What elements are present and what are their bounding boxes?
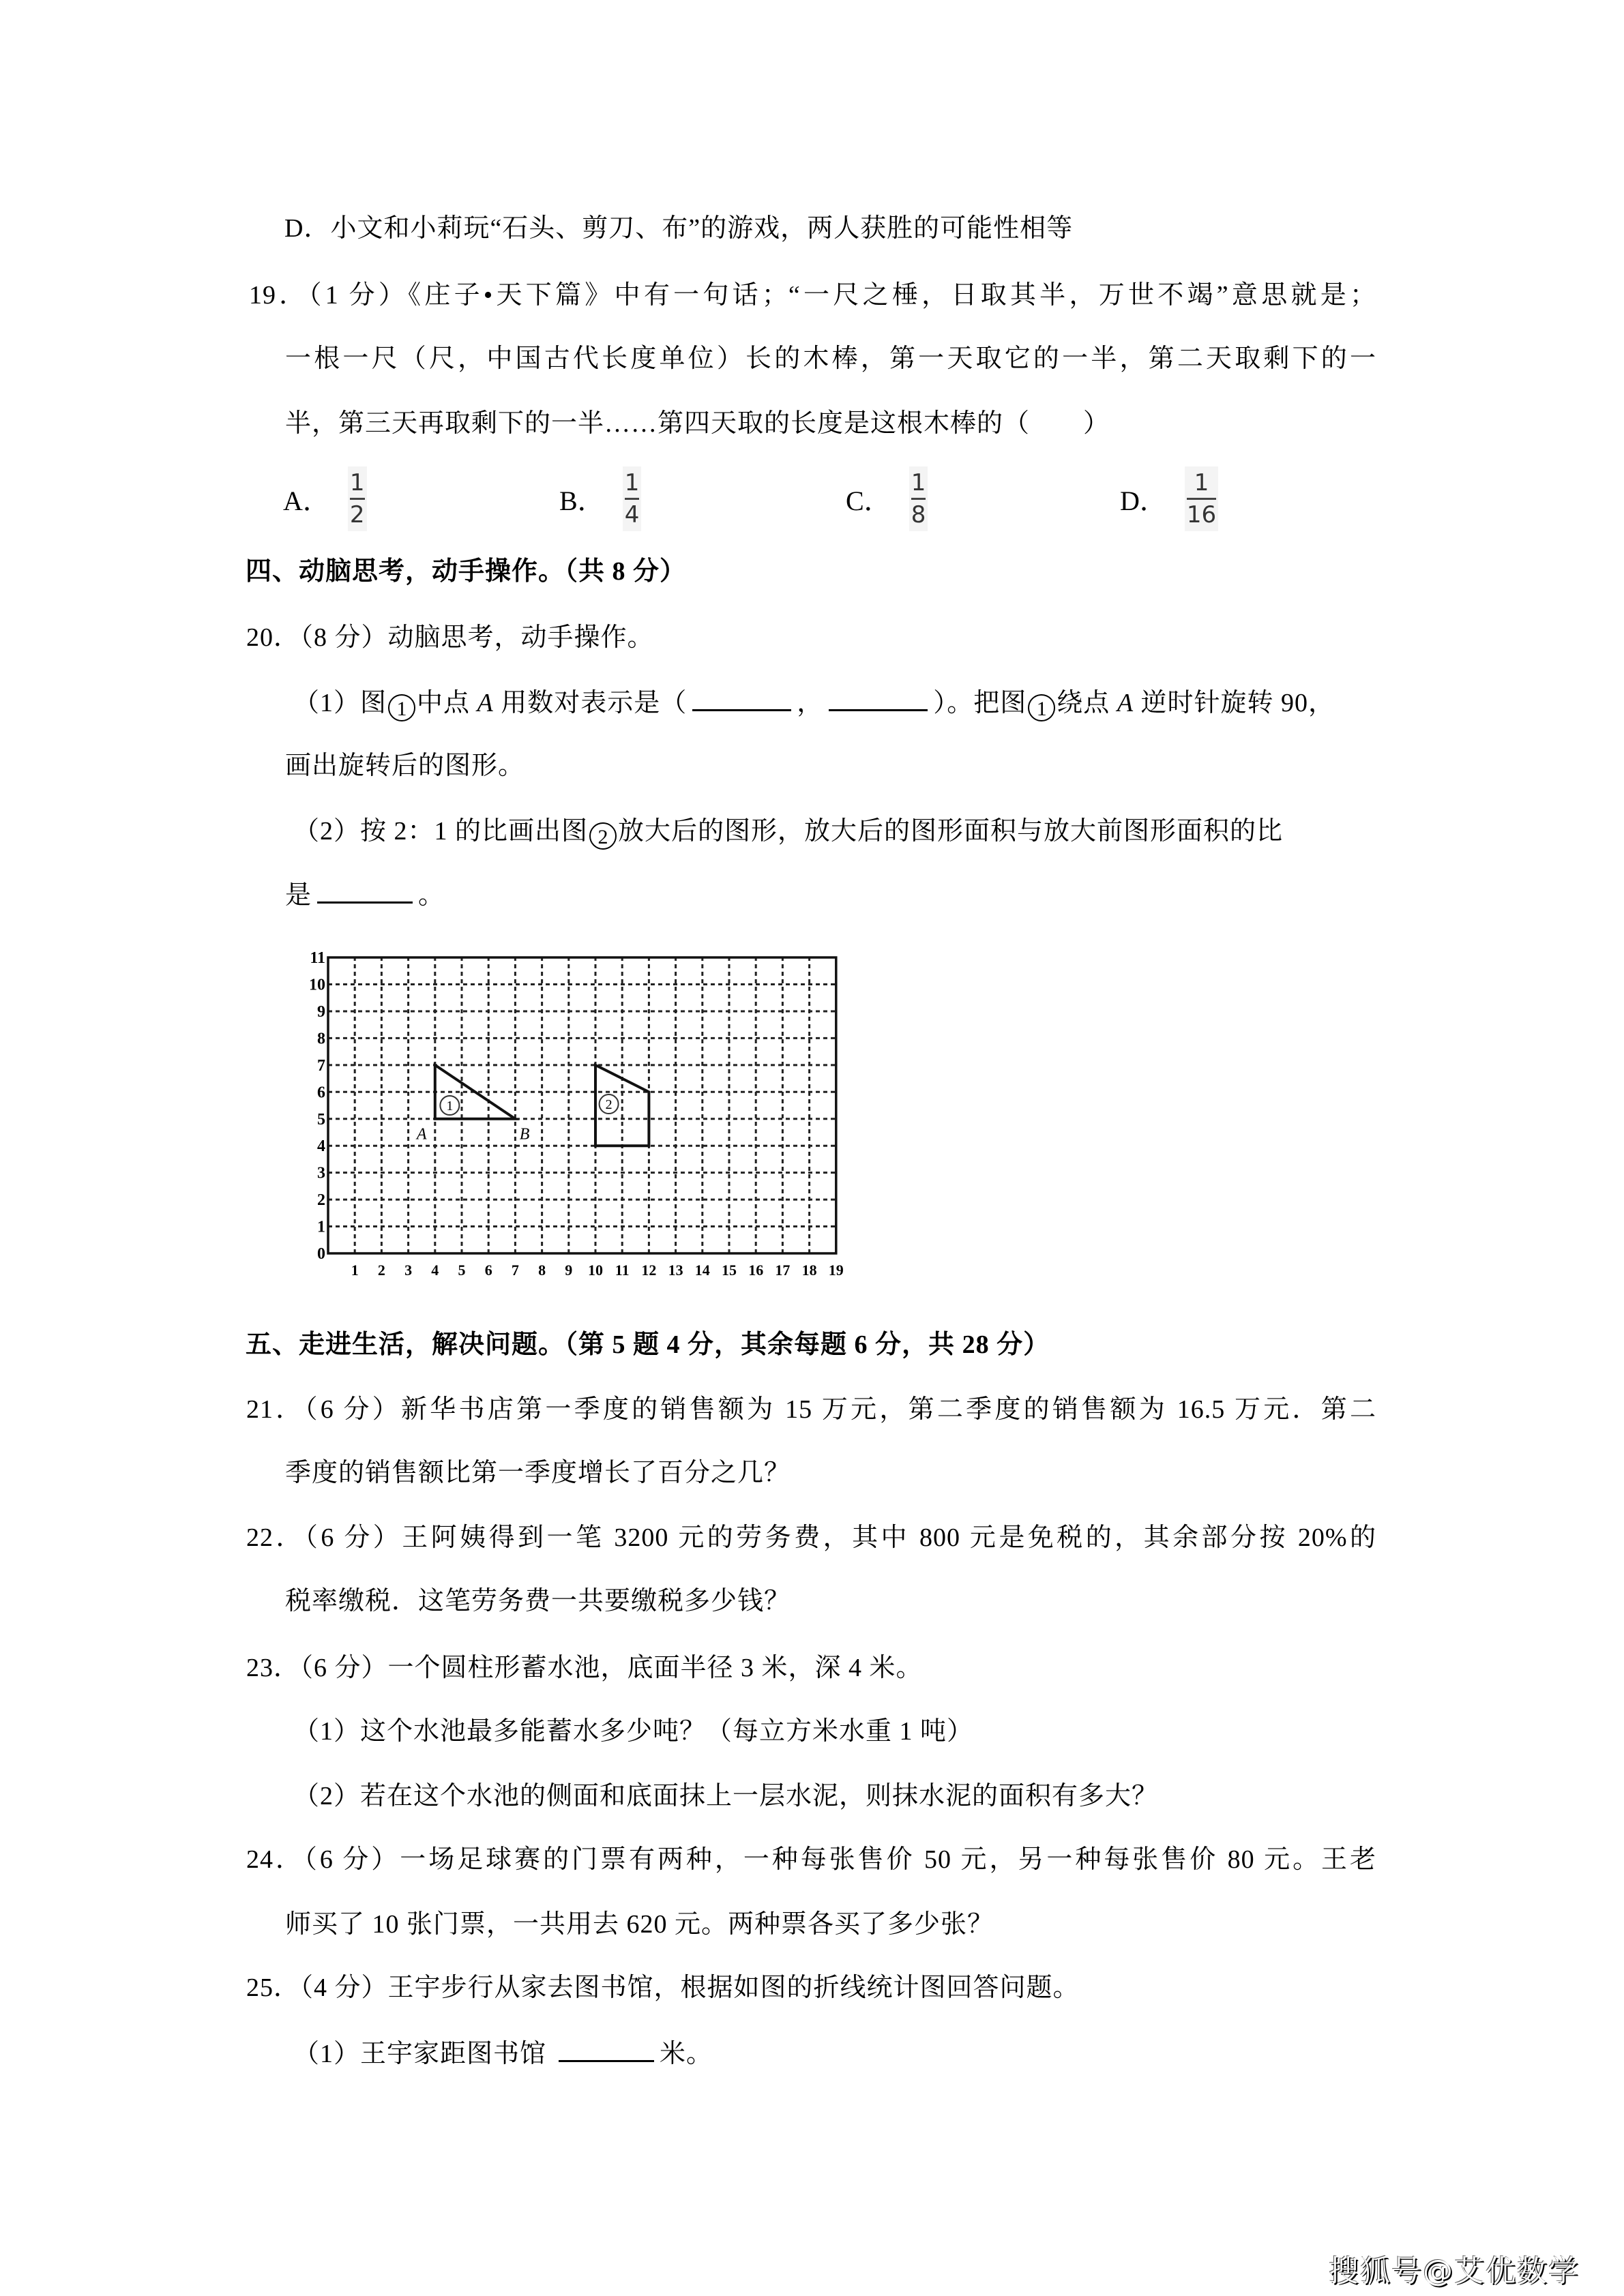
text: 用数对表示是（ xyxy=(494,689,688,717)
q25-part-1: （1）王宇家距图书馆米。 xyxy=(293,2037,713,2070)
shape-2-label: 2 xyxy=(606,1097,612,1112)
answer-blank-y[interactable] xyxy=(829,686,928,711)
q18-option-d: D．小文和小莉玩“石头、剪刀、布”的游戏，两人获胜的可能性相等 xyxy=(284,212,1073,245)
heading-text: 分） xyxy=(990,1330,1050,1359)
text: 是 xyxy=(285,881,312,910)
q20-part-2-line-2: 是。 xyxy=(285,878,445,911)
y-axis-label: 1 xyxy=(317,1219,325,1236)
q19-option-b[interactable]: B． 1 4 xyxy=(559,466,641,531)
numerator: 1 xyxy=(911,468,926,498)
x-axis-label: 16 xyxy=(748,1262,763,1279)
heading-text: 五、走进生活，解决问题。（第 xyxy=(246,1330,612,1359)
q19-option-c[interactable]: C． 1 8 xyxy=(846,466,928,531)
q20-part-2: （2）按 2：1 的比画出图2放大后的图形，放大后的图形面积与放大前图形面积的比 xyxy=(293,815,1283,848)
answer-blank-x[interactable] xyxy=(692,686,791,711)
y-axis-label: 9 xyxy=(317,1003,325,1021)
denominator: 8 xyxy=(911,500,926,530)
y-axis-label: 11 xyxy=(310,949,325,967)
option-label: A． xyxy=(283,479,330,518)
numerator: 1 xyxy=(625,468,640,498)
x-axis-label: 1 xyxy=(351,1262,359,1279)
q19-option-a[interactable]: A． 1 2 xyxy=(283,466,367,531)
heading-text: 分，共 xyxy=(868,1330,962,1359)
q24-line-1: 24．（6 分）一场足球赛的门票有两种，一种每张售价 50 元，另一种每张售价 … xyxy=(246,1843,1376,1876)
heading-number: 28 xyxy=(962,1330,990,1359)
y-axis-label: 7 xyxy=(317,1057,325,1075)
text: 绕点 xyxy=(1057,689,1117,717)
text: （1）王宇家距图书馆 xyxy=(293,2040,546,2068)
q22-line-1: 22．（6 分）王阿姨得到一笔 3200 元的劳务费，其中 800 元是免税的，… xyxy=(246,1521,1376,1554)
text: 米。 xyxy=(660,2040,713,2068)
answer-blank-ratio[interactable] xyxy=(317,878,413,904)
q24-line-2: 师买了 10 张门票，一共用去 620 元。两种票各买了多少张？ xyxy=(285,1908,994,1941)
grid-border xyxy=(328,957,836,1253)
q23-line-1: 23．（6 分）一个圆柱形蓄水池，底面半径 3 米，深 4 米。 xyxy=(246,1652,923,1684)
q23-part-2: （2）若在这个水池的侧面和底面抹上一层水泥，则抹水泥的面积有多大？ xyxy=(293,1780,1158,1813)
q19-line-2: 一根一尺（尺，中国古代长度单位）长的木棒，第一天取它的一半，第二天取剩下的一 xyxy=(285,342,1376,375)
q19-line-1: 19．（1 分）《庄子•天下篇》中有一句话；“一尺之棰，日取其半，万世不竭”意思… xyxy=(249,279,1376,312)
fraction: 1 8 xyxy=(909,466,928,531)
y-axis-label: 0 xyxy=(317,1245,325,1263)
x-axis-label: 12 xyxy=(641,1262,656,1279)
x-axis-label: 11 xyxy=(615,1262,630,1279)
point-a-label: A xyxy=(415,1125,427,1143)
heading-number: 4 xyxy=(667,1330,681,1359)
numerator: 1 xyxy=(1194,468,1209,498)
x-axis-label: 8 xyxy=(538,1262,546,1279)
circled-number-1: 1 xyxy=(388,694,415,721)
text: 中点 xyxy=(417,689,477,717)
y-axis-label: 10 xyxy=(309,976,325,994)
x-axis-label: 9 xyxy=(565,1262,572,1279)
y-axis-label: 3 xyxy=(317,1165,325,1182)
option-label: B． xyxy=(559,479,605,518)
x-axis-label: 13 xyxy=(668,1262,683,1279)
x-axis-label: 19 xyxy=(829,1262,844,1279)
x-axis-label: 17 xyxy=(775,1262,790,1279)
text: （2）按 2：1 的比画出图 xyxy=(293,817,588,846)
x-axis-label: 14 xyxy=(695,1262,710,1279)
q19-option-d[interactable]: D． 1 16 xyxy=(1120,466,1218,531)
q20-line-1: 20．（8 分）动脑思考，动手操作。 xyxy=(246,621,654,654)
fraction: 1 4 xyxy=(623,466,642,531)
circled-number-1: 1 xyxy=(1028,694,1055,721)
section-5-heading: 五、走进生活，解决问题。（第 5 题 4 分，其余每题 6 分，共 28 分） xyxy=(246,1328,1050,1361)
q19-line-3: 半，第三天再取剩下的一半……第四天取的长度是这根木棒的（ ） xyxy=(285,407,1110,440)
text: 逆时针旋转 90， xyxy=(1134,689,1335,717)
y-axis-label: 5 xyxy=(317,1111,325,1129)
q22-line-2: 税率缴税．这笔劳务费一共要缴税多少钱？ xyxy=(285,1585,791,1617)
answer-blank-distance[interactable] xyxy=(559,2037,654,2062)
x-axis-label: 7 xyxy=(512,1262,519,1279)
option-label: D． xyxy=(1120,479,1167,518)
heading-text: 分） xyxy=(626,557,687,586)
text: ， xyxy=(797,689,823,717)
point-b-label: B xyxy=(520,1125,530,1143)
y-axis-label: 8 xyxy=(317,1030,325,1047)
heading-points: 8 xyxy=(612,557,626,586)
heading-number: 6 xyxy=(855,1330,868,1359)
denominator: 2 xyxy=(350,500,365,530)
x-axis-label: 2 xyxy=(378,1262,385,1279)
shape-2-trapezoid xyxy=(595,1065,649,1146)
option-label: C． xyxy=(846,479,891,518)
shape-1-label: 1 xyxy=(446,1099,453,1114)
heading-text: 题 xyxy=(626,1330,667,1359)
heading-text: 分，其余每题 xyxy=(681,1330,855,1359)
point-a-label: A xyxy=(477,689,494,717)
x-axis-label: 3 xyxy=(404,1262,412,1279)
q20-part-1-line-2: 画出旋转后的图形。 xyxy=(285,749,525,782)
x-axis-label: 10 xyxy=(588,1262,603,1279)
watermark: 搜狐号@艾优数学 xyxy=(1329,2246,1580,2290)
q23-part-1: （1）这个水池最多能蓄水多少吨？（每立方米水重 1 吨） xyxy=(293,1715,973,1748)
section-4-heading: 四、动脑思考，动手操作。（共 8 分） xyxy=(246,555,686,588)
heading-text: 四、动脑思考，动手操作。（共 xyxy=(246,557,612,586)
x-axis-label: 5 xyxy=(458,1262,466,1279)
grid-svg: 1234567891011121314151617181901234567891… xyxy=(300,944,859,1285)
text: 。 xyxy=(418,881,445,910)
y-axis-label: 4 xyxy=(317,1137,325,1155)
point-a-label: A xyxy=(1117,689,1134,717)
y-axis-label: 2 xyxy=(317,1191,325,1209)
numerator: 1 xyxy=(350,468,365,498)
q21-line-1: 21．（6 分）新华书店第一季度的销售额为 15 万元，第二季度的销售额为 16… xyxy=(246,1393,1376,1426)
denominator: 4 xyxy=(625,500,640,530)
coordinate-grid-figure: 1234567891011121314151617181901234567891… xyxy=(300,944,859,1285)
x-axis-label: 4 xyxy=(431,1262,439,1279)
x-axis-label: 18 xyxy=(802,1262,817,1279)
denominator: 16 xyxy=(1187,500,1216,530)
text: ）。把图 xyxy=(933,689,1027,717)
fraction: 1 16 xyxy=(1185,466,1218,531)
text: （1）图 xyxy=(293,689,387,717)
x-axis-label: 6 xyxy=(485,1262,492,1279)
fraction: 1 2 xyxy=(348,466,367,531)
heading-number: 5 xyxy=(612,1330,626,1359)
q21-line-2: 季度的销售额比第一季度增长了百分之几？ xyxy=(285,1457,791,1489)
q20-part-1: （1）图1中点 A 用数对表示是（，）。把图1绕点 A 逆时针旋转 90， xyxy=(293,686,1335,719)
circled-number-2: 2 xyxy=(589,822,617,850)
x-axis-label: 15 xyxy=(722,1262,737,1279)
text: 放大后的图形，放大后的图形面积与放大前图形面积的比 xyxy=(618,817,1283,846)
q25-line-1: 25．（4 分）王宇步行从家去图书馆，根据如图的折线统计图回答问题。 xyxy=(246,1971,1080,2004)
y-axis-label: 6 xyxy=(317,1084,325,1101)
